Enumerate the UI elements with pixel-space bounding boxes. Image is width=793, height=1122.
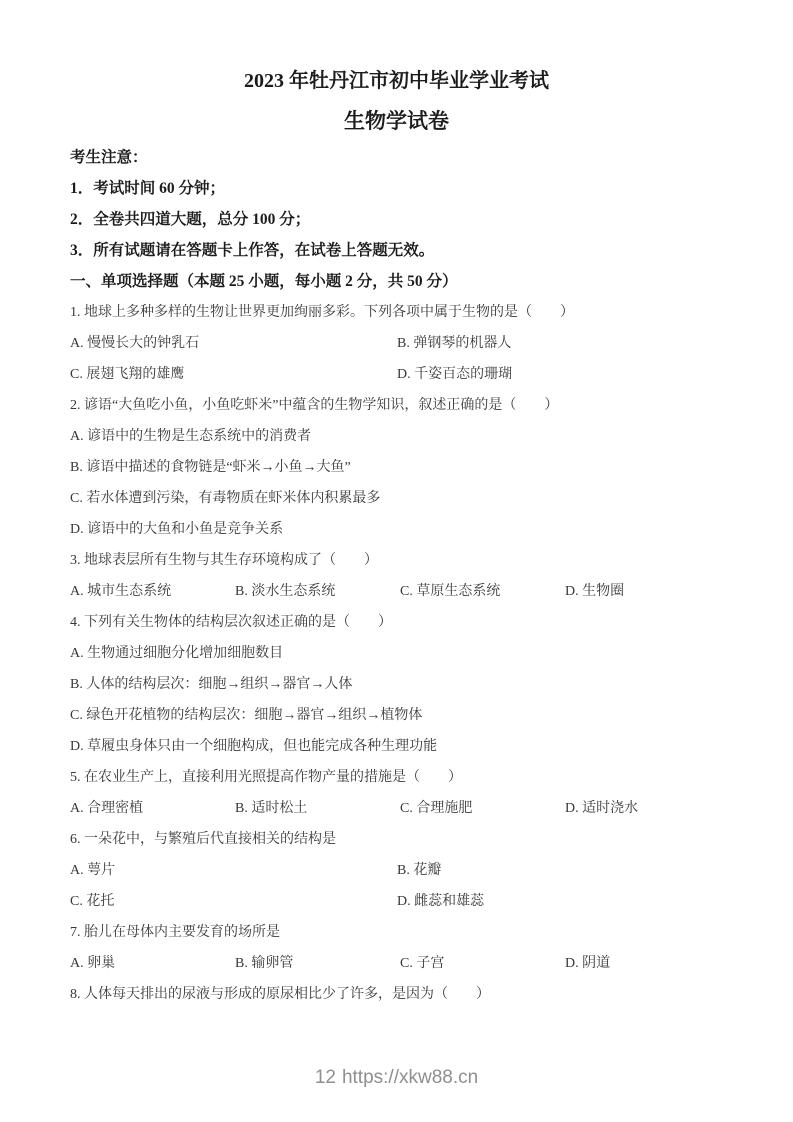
- question-3-stem: 3. 地球表层所有生物与其生存环境构成了（ ）: [70, 545, 723, 576]
- question-5-options: A. 合理密植 B. 适时松土 C. 合理施肥 D. 适时浇水: [70, 793, 723, 824]
- question-8-stem: 8. 人体每天排出的尿液与形成的原尿相比少了许多，是因为（ ）: [70, 979, 723, 1010]
- question-1-option-c: C. 展翅飞翔的雄鹰: [70, 359, 397, 390]
- question-3-options: A. 城市生态系统 B. 淡水生态系统 C. 草原生态系统 D. 生物圈: [70, 576, 723, 607]
- question-6: 6. 一朵花中，与繁殖后代直接相关的结构是 A. 萼片 B. 花瓣 C. 花托 …: [70, 824, 723, 917]
- question-6-stem: 6. 一朵花中，与繁殖后代直接相关的结构是: [70, 824, 723, 855]
- notice-item-3: 3．所有试题请在答题卡上作答，在试卷上答题无效。: [70, 235, 723, 266]
- question-2: 2. 谚语“大鱼吃小鱼，小鱼吃虾米”中蕴含的生物学知识，叙述正确的是（ ） A.…: [70, 390, 723, 545]
- question-6-option-a: A. 萼片: [70, 855, 397, 886]
- question-1-stem: 1. 地球上多种多样的生物让世界更加绚丽多彩。下列各项中属于生物的是（ ）: [70, 297, 723, 328]
- question-3-option-c: C. 草原生态系统: [400, 576, 565, 607]
- question-2-option-c: C. 若水体遭到污染，有毒物质在虾米体内积累最多: [70, 483, 723, 514]
- notice-item-2: 2．全卷共四道大题，总分 100 分；: [70, 204, 723, 235]
- question-6-option-c: C. 花托: [70, 886, 397, 917]
- question-7-options: A. 卵巢 B. 输卵管 C. 子宫 D. 阴道: [70, 948, 723, 979]
- question-1-options: A. 慢慢长大的钟乳石 B. 弹钢琴的机器人 C. 展翅飞翔的雄鹰 D. 千姿百…: [70, 328, 723, 390]
- page-number: 12: [315, 1064, 336, 1092]
- section-heading: 一、单项选择题（本题 25 小题，每小题 2 分，共 50 分）: [70, 266, 723, 297]
- page-footer: 12 https://xkw88.cn: [0, 1064, 793, 1092]
- question-1-option-d: D. 千姿百态的珊瑚: [397, 359, 723, 390]
- question-4: 4. 下列有关生物体的结构层次叙述正确的是（ ） A. 生物通过细胞分化增加细胞…: [70, 607, 723, 762]
- question-5-option-b: B. 适时松土: [235, 793, 400, 824]
- question-5-option-a: A. 合理密植: [70, 793, 235, 824]
- question-1-option-b: B. 弹钢琴的机器人: [397, 328, 723, 359]
- question-5-option-c: C. 合理施肥: [400, 793, 565, 824]
- question-6-options: A. 萼片 B. 花瓣 C. 花托 D. 雌蕊和雄蕊: [70, 855, 723, 917]
- question-3-option-d: D. 生物圈: [565, 576, 723, 607]
- question-5-option-d: D. 适时浇水: [565, 793, 723, 824]
- question-2-option-a: A. 谚语中的生物是生态系统中的消费者: [70, 421, 723, 452]
- question-4-option-d: D. 草履虫身体只由一个细胞构成，但也能完成各种生理功能: [70, 731, 723, 762]
- exam-title: 2023 年牡丹江市初中毕业学业考试: [70, 62, 723, 100]
- question-4-stem: 4. 下列有关生物体的结构层次叙述正确的是（ ）: [70, 607, 723, 638]
- question-7-stem: 7. 胎儿在母体内主要发育的场所是: [70, 917, 723, 948]
- question-2-stem: 2. 谚语“大鱼吃小鱼，小鱼吃虾米”中蕴含的生物学知识，叙述正确的是（ ）: [70, 390, 723, 421]
- question-3-option-b: B. 淡水生态系统: [235, 576, 400, 607]
- question-7-option-d: D. 阴道: [565, 948, 723, 979]
- notice-heading: 考生注意：: [70, 142, 723, 173]
- question-8: 8. 人体每天排出的尿液与形成的原尿相比少了许多，是因为（ ）: [70, 979, 723, 1010]
- question-3-option-a: A. 城市生态系统: [70, 576, 235, 607]
- question-3: 3. 地球表层所有生物与其生存环境构成了（ ） A. 城市生态系统 B. 淡水生…: [70, 545, 723, 607]
- question-7: 7. 胎儿在母体内主要发育的场所是 A. 卵巢 B. 输卵管 C. 子宫 D. …: [70, 917, 723, 979]
- question-1-option-a: A. 慢慢长大的钟乳石: [70, 328, 397, 359]
- question-2-option-d: D. 谚语中的大鱼和小鱼是竞争关系: [70, 514, 723, 545]
- exam-paper-page: 2023 年牡丹江市初中毕业学业考试 生物学试卷 考生注意： 1．考试时间 60…: [0, 0, 793, 1122]
- question-7-option-c: C. 子宫: [400, 948, 565, 979]
- footer-url: https://xkw88.cn: [342, 1064, 478, 1092]
- question-5: 5. 在农业生产上，直接利用光照提高作物产量的措施是（ ） A. 合理密植 B.…: [70, 762, 723, 824]
- question-1: 1. 地球上多种多样的生物让世界更加绚丽多彩。下列各项中属于生物的是（ ） A.…: [70, 297, 723, 390]
- question-6-option-d: D. 雌蕊和雄蕊: [397, 886, 723, 917]
- question-4-option-b: B. 人体的结构层次：细胞→组织→器官→人体: [70, 669, 723, 700]
- question-4-option-a: A. 生物通过细胞分化增加细胞数目: [70, 638, 723, 669]
- question-7-option-a: A. 卵巢: [70, 948, 235, 979]
- question-2-option-b: B. 谚语中描述的食物链是“虾米→小鱼→大鱼”: [70, 452, 723, 483]
- exam-subtitle: 生物学试卷: [70, 100, 723, 142]
- question-6-option-b: B. 花瓣: [397, 855, 723, 886]
- notice-item-1: 1．考试时间 60 分钟；: [70, 173, 723, 204]
- question-7-option-b: B. 输卵管: [235, 948, 400, 979]
- question-5-stem: 5. 在农业生产上，直接利用光照提高作物产量的措施是（ ）: [70, 762, 723, 793]
- question-4-option-c: C. 绿色开花植物的结构层次：细胞→器官→组织→植物体: [70, 700, 723, 731]
